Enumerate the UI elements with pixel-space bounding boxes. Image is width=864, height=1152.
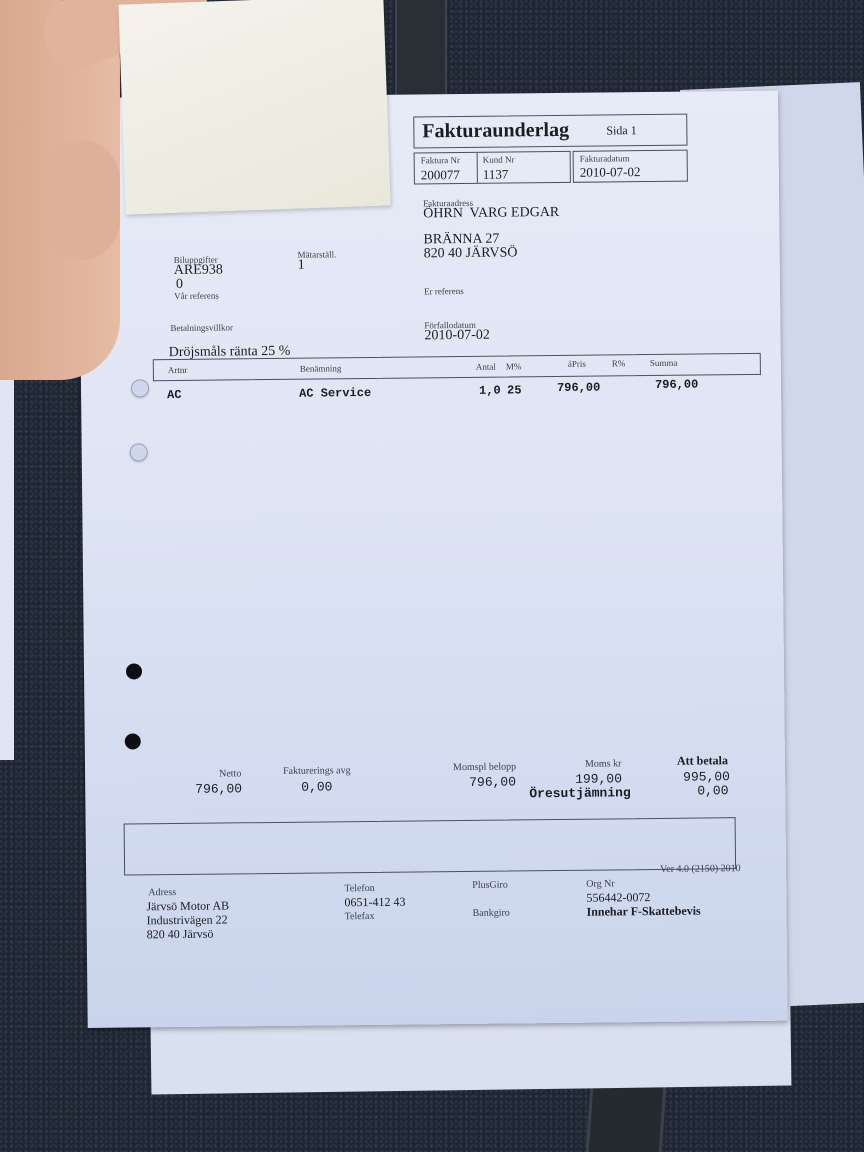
- fax-label: Telefax: [345, 911, 375, 922]
- divider: [477, 153, 478, 183]
- payment-terms-label: Betalningsvillkor: [170, 322, 233, 333]
- phone-number: 0651-412 43: [344, 895, 405, 911]
- hand: [0, 0, 120, 380]
- address-label: Adress: [148, 887, 176, 898]
- col-sum: Summa: [650, 358, 678, 368]
- billing-city: 820 40 JÄRVSÖ: [424, 245, 518, 262]
- billing-name: ÖHRN VARG EDGAR: [423, 205, 559, 222]
- org-no-label: Org Nr: [586, 878, 615, 889]
- fee-amount: 0,00: [301, 779, 332, 794]
- net-label: Netto: [219, 768, 241, 779]
- customer-no: 1137: [483, 166, 509, 182]
- col-artnr: Artnr: [168, 365, 188, 375]
- row-artnr: AC: [167, 388, 182, 402]
- row-sum: 796,00: [655, 378, 698, 392]
- invoice-page: Fakturaunderlag Sida 1 Faktura Nr 200077…: [78, 91, 788, 1028]
- rounding-amount: 0,00: [697, 783, 728, 798]
- punch-hole: [126, 663, 142, 679]
- to-pay-label: Att betala: [677, 753, 728, 769]
- title-box: Fakturaunderlag Sida 1: [413, 114, 687, 149]
- invoice-no: 200077: [421, 167, 460, 183]
- col-vat-pct: M%: [506, 361, 522, 371]
- row-quantity: 1,0: [479, 384, 501, 398]
- invoice-no-box: Faktura Nr 200077 Kund Nr 1137: [414, 151, 571, 185]
- version-label: Ver 4.0 (2150) 2010: [660, 863, 741, 875]
- net-amount: 796,00: [195, 781, 242, 796]
- company-city: 820 40 Järvsö: [147, 927, 214, 943]
- fee-label: Fakturerings avg: [283, 765, 351, 777]
- vat-label: Moms kr: [585, 758, 622, 769]
- col-description: Benämning: [300, 363, 342, 373]
- tax-note: Innehar F-Skattebevis: [586, 904, 700, 920]
- row-vat-pct: 25: [507, 383, 522, 397]
- paper-note: [118, 0, 390, 215]
- phone-label: Telefon: [344, 883, 375, 894]
- page-number: Sida 1: [606, 123, 636, 138]
- bankgiro-label: Bankgiro: [473, 908, 510, 919]
- rounding-label: Öresutjämning: [529, 785, 631, 801]
- meter-value: 1: [298, 258, 305, 274]
- vat-base-label: Momspl belopp: [453, 761, 516, 773]
- punch-hole: [125, 733, 141, 749]
- table-row: AC AC Service 1,0 25 796,00 796,00: [153, 379, 759, 403]
- plusgiro-label: PlusGiro: [472, 880, 508, 891]
- your-reference-label: Er referens: [424, 286, 464, 296]
- vat-base-amount: 796,00: [469, 774, 516, 789]
- col-quantity: Antal: [476, 362, 496, 372]
- due-date: 2010-07-02: [424, 328, 489, 345]
- punch-hole-raised: [131, 379, 149, 397]
- hand-thumb: [40, 140, 120, 260]
- punch-hole-raised: [130, 443, 148, 461]
- our-reference-label: Vår referens: [174, 291, 219, 301]
- document-title: Fakturaunderlag: [422, 119, 569, 144]
- col-discount: R%: [612, 358, 626, 368]
- customer-no-label: Kund Nr: [483, 154, 515, 164]
- message-box: [124, 817, 737, 875]
- col-unit-price: áPris: [568, 359, 586, 369]
- invoice-no-label: Faktura Nr: [421, 155, 460, 165]
- invoice-date: 2010-07-02: [580, 164, 641, 181]
- row-unit-price: 796,00: [557, 381, 600, 395]
- invoice-date-box: Fakturadatum 2010-07-02: [573, 150, 688, 183]
- invoice-date-label: Fakturadatum: [580, 153, 630, 164]
- row-description: AC Service: [299, 386, 371, 401]
- left-sheet-edge: [0, 360, 14, 760]
